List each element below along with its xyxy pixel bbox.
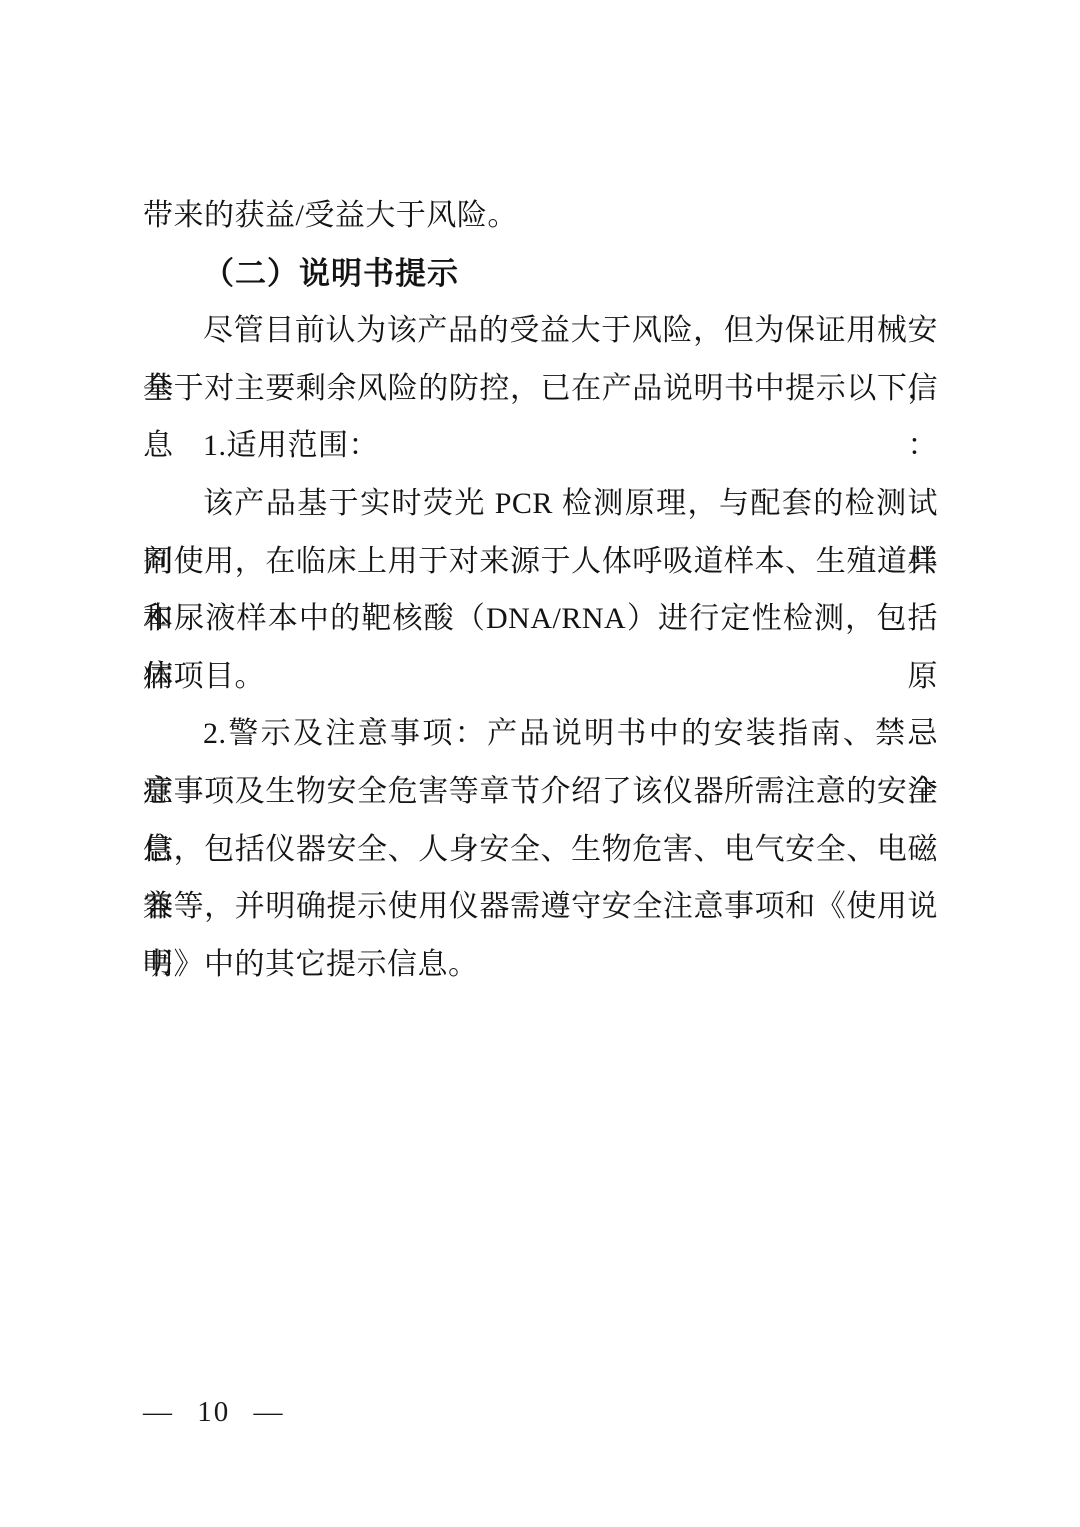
text-line: 和尿液样本中的靶核酸（DNA/RNA）进行定性检测，包括病原 bbox=[143, 590, 938, 648]
text-line: 同使用，在临床上用于对来源于人体呼吸道样本、生殖道样本 bbox=[143, 533, 938, 591]
text-line: 带来的获益/受益大于风险。 bbox=[143, 187, 938, 245]
text-line: 书》中的其它提示信息。 bbox=[143, 936, 938, 994]
text-line: 2.警示及注意事项：产品说明书中的安装指南、禁忌症、注 bbox=[143, 705, 938, 763]
section-heading: （二）说明书提示 bbox=[143, 245, 938, 303]
text-line: 尽管目前认为该产品的受益大于风险，但为保证用械安全， bbox=[143, 302, 938, 360]
text-line: 容等，并明确提示使用仪器需遵守安全注意事项和《使用说明 bbox=[143, 878, 938, 936]
text-line: 息，包括仪器安全、人身安全、生物危害、电气安全、电磁兼 bbox=[143, 821, 938, 879]
document-page: 带来的获益/受益大于风险。 （二）说明书提示 尽管目前认为该产品的受益大于风险，… bbox=[0, 0, 1080, 1527]
document-body: 带来的获益/受益大于风险。 （二）说明书提示 尽管目前认为该产品的受益大于风险，… bbox=[143, 187, 938, 993]
text-line: 意事项及生物安全危害等章节介绍了该仪器所需注意的安全信 bbox=[143, 763, 938, 821]
text-line: 该产品基于实时荧光 PCR 检测原理，与配套的检测试剂共 bbox=[143, 475, 938, 533]
page-number: — 10 — bbox=[143, 1392, 285, 1432]
text-line: 基于对主要剩余风险的防控，已在产品说明书中提示以下信息： bbox=[143, 360, 938, 418]
